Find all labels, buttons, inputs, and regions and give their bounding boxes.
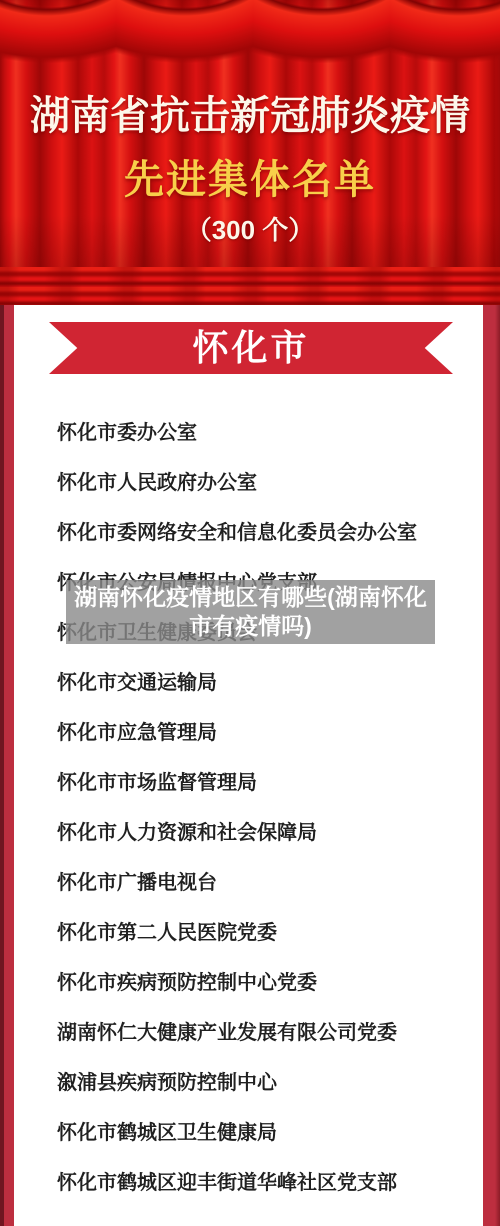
caption-line-2: 市有疫情吗): [189, 612, 312, 641]
awardee-list: 怀化市委办公室怀化市人民政府办公室怀化市委网络安全和信息化委员会办公室怀化市公安…: [57, 405, 457, 1205]
list-item: 怀化市市场监督管理局: [57, 755, 457, 805]
list-item: 怀化市鹤城区迎丰街道华峰社区党支部: [57, 1155, 457, 1205]
list-item: 怀化市广播电视台: [57, 855, 457, 905]
list-item: 怀化市鹤城区卫生健康局: [57, 1105, 457, 1155]
curtain-valance: [0, 0, 500, 64]
list-item: 怀化市人民政府办公室: [57, 455, 457, 505]
list-item: 怀化市疾病预防控制中心党委: [57, 955, 457, 1005]
caption-line-1: 湖南怀化疫情地区有哪些(湖南怀化: [74, 583, 427, 612]
city-ribbon: 怀化市: [49, 322, 453, 374]
list-item: 湖南怀仁大健康产业发展有限公司党委: [57, 1005, 457, 1055]
curtain-ruffles: [0, 267, 500, 307]
city-ribbon-label: 怀化市: [192, 330, 309, 366]
poster-subtitle: 先进集体名单: [0, 148, 500, 205]
left-border-stripe: [0, 305, 14, 1226]
list-item: 怀化市交通运输局: [57, 655, 457, 705]
list-item: 怀化市委网络安全和信息化委员会办公室: [57, 505, 457, 555]
caption-overlay: 湖南怀化疫情地区有哪些(湖南怀化 市有疫情吗): [66, 580, 435, 644]
list-item: 怀化市委办公室: [57, 405, 457, 455]
list-item: 怀化市人力资源和社会保障局: [57, 805, 457, 855]
list-item: 怀化市应急管理局: [57, 705, 457, 755]
list-item: 溆浦县疾病预防控制中心: [57, 1055, 457, 1105]
list-item: 怀化市第二人民医院党委: [57, 905, 457, 955]
right-border-stripe: [483, 305, 500, 1226]
poster-count: （300 个）: [0, 210, 500, 247]
poster-root: 湖南省抗击新冠肺炎疫情 先进集体名单 （300 个） 怀化市 怀化市委办公室怀化…: [0, 0, 500, 1226]
poster-title: 湖南省抗击新冠肺炎疫情: [0, 84, 500, 141]
